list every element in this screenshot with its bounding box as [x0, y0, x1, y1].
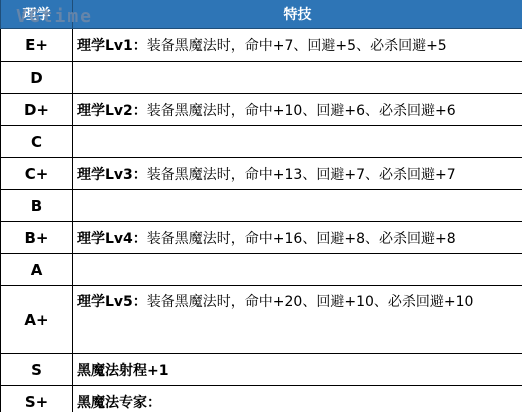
- rank-cell: C+: [1, 158, 73, 190]
- skill-table: 理学 特技 E+ 理学Lv1：装备黑魔法时，命中+7、回避+5、必杀回避+5 D…: [0, 0, 522, 412]
- skill-separator: ：: [133, 294, 147, 310]
- skill-cell: 理学Lv3：装备黑魔法时，命中+13、回避+7、必杀回避+7: [73, 158, 522, 190]
- skill-desc: 装备黑魔法时，命中+13、回避+7、必杀回避+7: [147, 167, 456, 183]
- skill-cell: 理学Lv1：装备黑魔法时，命中+7、回避+5、必杀回避+5: [73, 29, 522, 62]
- rank-cell: S: [1, 354, 73, 386]
- skill-desc: 装备黑魔法时，命中+10、回避+6、必杀回避+6: [147, 103, 456, 119]
- rank-cell: C: [1, 126, 73, 158]
- skill-cell: [73, 190, 522, 222]
- skill-name: 理学Lv3: [77, 167, 133, 183]
- skill-cell: 理学Lv2：装备黑魔法时，命中+10、回避+6、必杀回避+6: [73, 94, 522, 126]
- skill-separator: ：: [133, 167, 147, 183]
- skill-cell: 理学Lv5：装备黑魔法时，命中+20、回避+10、必杀回避+10: [73, 286, 522, 354]
- skill-desc: 装备黑魔法时，命中+7、回避+5、必杀回避+5: [147, 38, 447, 54]
- skill-name: 黑魔法射程+1: [77, 363, 168, 379]
- table-row: A+ 理学Lv5：装备黑魔法时，命中+20、回避+10、必杀回避+10: [1, 286, 522, 354]
- skill-name: 黑魔法专家: [77, 395, 147, 411]
- table-row: S 黑魔法射程+1: [1, 354, 522, 386]
- skill-separator: ：: [133, 103, 147, 119]
- header-skill: 特技: [73, 0, 522, 29]
- rank-cell: E+: [1, 29, 73, 62]
- table-row: C+ 理学Lv3：装备黑魔法时，命中+13、回避+7、必杀回避+7: [1, 158, 522, 190]
- header-rank: 理学: [1, 0, 73, 29]
- skill-cell: [73, 254, 522, 286]
- rank-cell: A: [1, 254, 73, 286]
- skill-separator: ：: [133, 38, 147, 54]
- table-row: D+ 理学Lv2：装备黑魔法时，命中+10、回避+6、必杀回避+6: [1, 94, 522, 126]
- rank-cell: B+: [1, 222, 73, 254]
- rank-cell: A+: [1, 286, 73, 354]
- skill-desc: 装备黑魔法时，命中+20、回避+10、必杀回避+10: [147, 294, 474, 310]
- table-row: S+ 黑魔法专家：: [1, 386, 522, 412]
- skill-cell: 理学Lv4：装备黑魔法时，命中+16、回避+8、必杀回避+8: [73, 222, 522, 254]
- table-row: D: [1, 62, 522, 94]
- rank-cell: B: [1, 190, 73, 222]
- table-row: A: [1, 254, 522, 286]
- skill-desc: 装备黑魔法时，命中+16、回避+8、必杀回避+8: [147, 231, 456, 247]
- skill-name: 理学Lv4: [77, 231, 133, 247]
- table-row: E+ 理学Lv1：装备黑魔法时，命中+7、回避+5、必杀回避+5: [1, 29, 522, 62]
- skill-name: 理学Lv1: [77, 38, 133, 54]
- rank-cell: D: [1, 62, 73, 94]
- rank-cell: S+: [1, 386, 73, 412]
- skill-cell: [73, 62, 522, 94]
- table-row: B: [1, 190, 522, 222]
- header-row: 理学 特技: [1, 0, 522, 29]
- skill-name: 理学Lv2: [77, 103, 133, 119]
- skill-cell: [73, 126, 522, 158]
- table-row: B+ 理学Lv4：装备黑魔法时，命中+16、回避+8、必杀回避+8: [1, 222, 522, 254]
- rank-cell: D+: [1, 94, 73, 126]
- table-row: C: [1, 126, 522, 158]
- skill-separator: ：: [147, 395, 161, 411]
- skill-separator: ：: [133, 231, 147, 247]
- skill-cell: 黑魔法专家：: [73, 386, 522, 412]
- skill-cell: 黑魔法射程+1: [73, 354, 522, 386]
- skill-name: 理学Lv5: [77, 294, 133, 310]
